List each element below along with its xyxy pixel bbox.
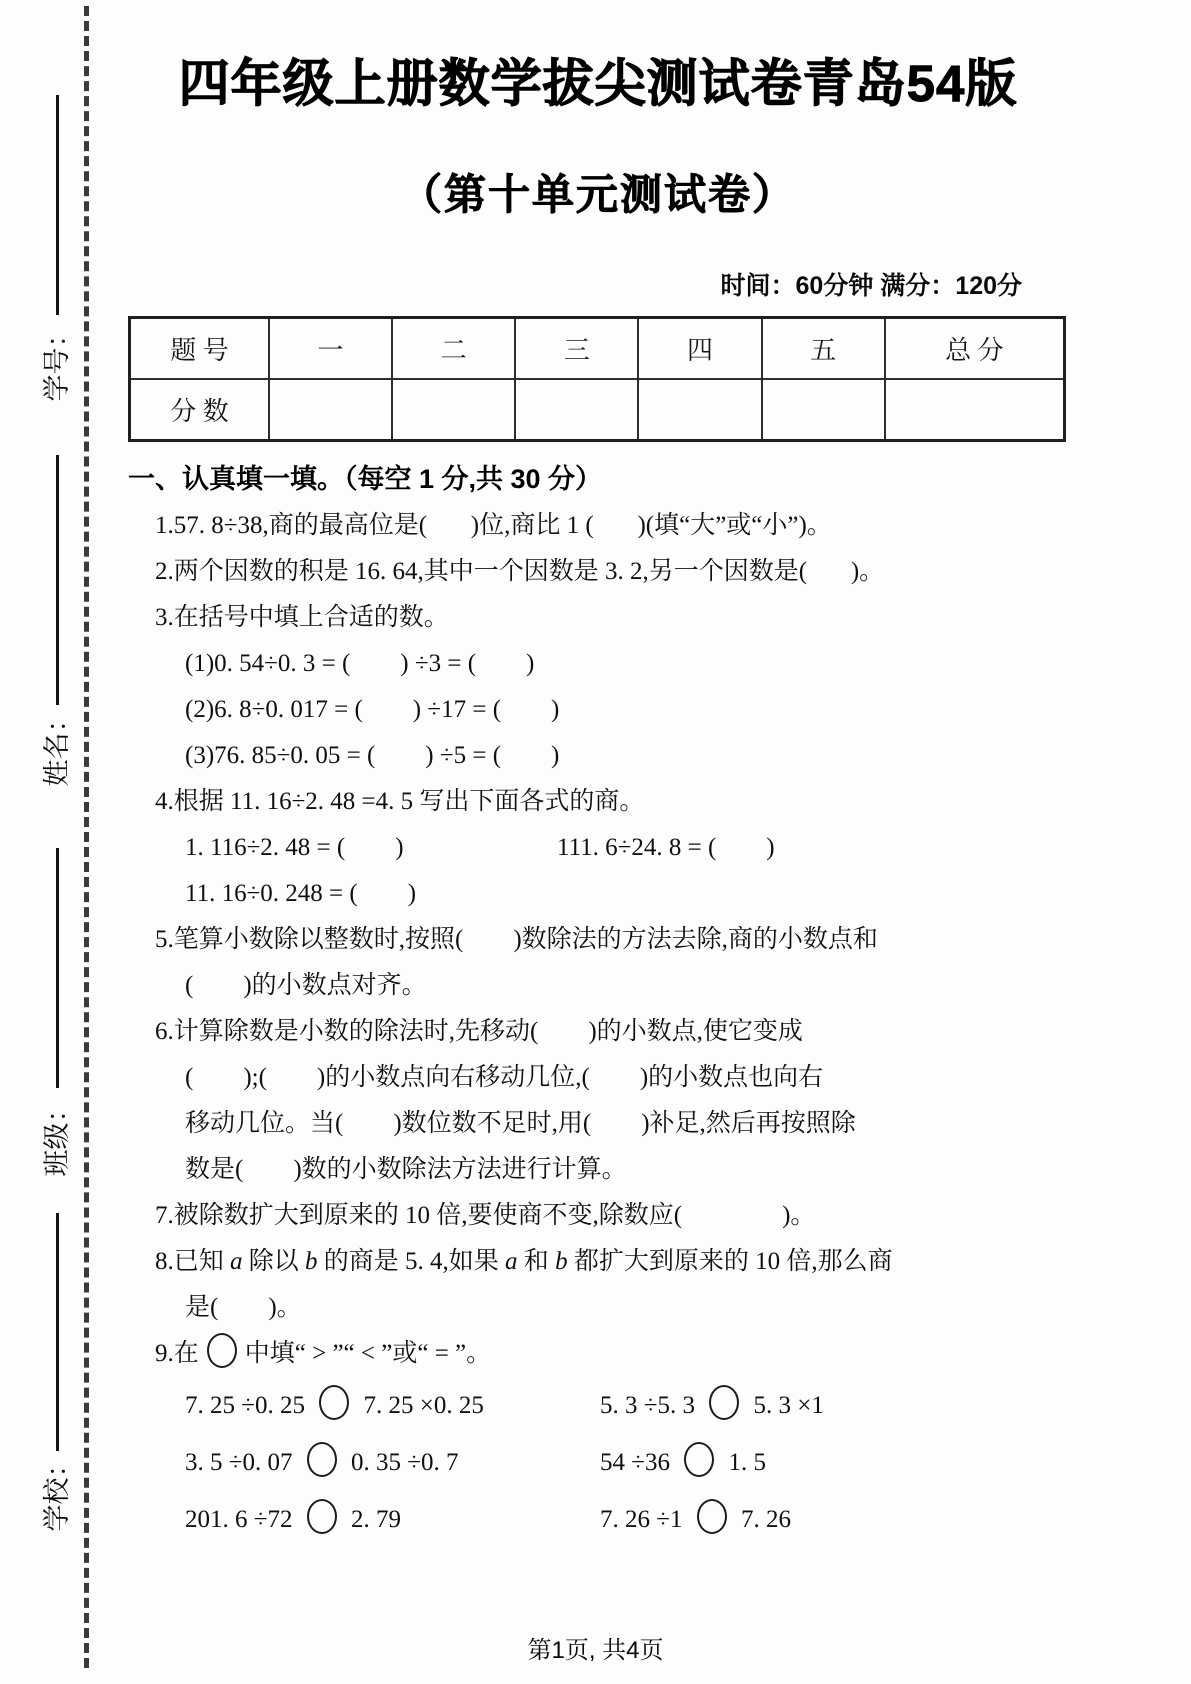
score-cell [885,379,1065,441]
question-line: 是( )。 [128,1285,1068,1331]
question-line: 3.在括号中填上合适的数。 [128,595,1068,641]
comparison-circle [697,1499,727,1534]
question-line: 移动几位。当( )数位数不足时,用( )补足,然后再按照除 [128,1101,1068,1147]
score-cell [762,379,885,441]
score-table-header-cell: 二 [392,318,515,380]
question-line: 数是( )数的小数除法方法进行计算。 [128,1147,1068,1193]
comparison-circle [207,1333,237,1368]
school-blank-line [56,1213,59,1451]
class-label: 班级： [43,1091,71,1181]
score-table-header-cell: 题 号 [130,318,269,380]
score-table-header-cell: 四 [638,318,761,380]
student-id-blank-line [56,95,59,315]
score-table-header-cell: 五 [762,318,885,380]
line-right: 111. 6÷24. 8 = ( ) [557,825,775,871]
question-line: 1.57. 8÷38,商的最高位是( )位,商比 1 ( )(填“大”或“小”)… [128,503,1068,549]
questions: 1.57. 8÷38,商的最高位是( )位,商比 1 ( )(填“大”或“小”)… [128,503,1068,1548]
score-cell [515,379,638,441]
name-label: 姓名： [43,701,71,791]
question-line: (1)0. 54÷0. 3 = ( ) ÷3 = ( ) [128,641,1068,687]
score-table-body: 题 号一二三四五总 分分 数 [130,318,1065,441]
question-line: ( )的小数点对齐。 [128,963,1068,1009]
score-table-header-cell: 一 [269,318,392,380]
line-left: 201. 6 ÷72 2. 79 [185,1491,600,1548]
question-line: 9.在中填“ > ”“ < ”或“ = ”。 [128,1331,1068,1377]
score-table-header-cell: 总 分 [885,318,1065,380]
question-line: 8.已知 a 除以 b 的商是 5. 4,如果 a 和 b 都扩大到原来的 10… [128,1239,1068,1285]
score-table-header-cell: 三 [515,318,638,380]
paper-subtitle: （第十单元测试卷） [128,162,1068,222]
comparison-circle [684,1442,714,1477]
score-cell [392,379,515,441]
school-label: 学校： [43,1446,71,1536]
question-line: 201. 6 ÷72 2. 797. 26 ÷1 7. 26 [128,1491,1068,1548]
score-cell [638,379,761,441]
question-line: 7.被除数扩大到原来的 10 倍,要使商不变,除数应( )。 [128,1193,1068,1239]
line-right: 5. 3 ÷5. 3 5. 3 ×1 [600,1377,824,1434]
student-id-label: 学号： [43,316,71,406]
question-line: 3. 5 ÷0. 07 0. 35 ÷0. 754 ÷36 1. 5 [128,1434,1068,1491]
question-line: 1. 116÷2. 48 = ( )111. 6÷24. 8 = ( ) [128,825,1068,871]
line-left: 1. 116÷2. 48 = ( ) [185,825,557,871]
line-left: 3. 5 ÷0. 07 0. 35 ÷0. 7 [185,1434,600,1491]
question-line: (2)6. 8÷0. 017 = ( ) ÷17 = ( ) [128,687,1068,733]
comparison-circle [307,1442,337,1477]
name-blank-line [56,455,59,705]
score-table: 题 号一二三四五总 分分 数 [128,316,1066,442]
question-line: 4.根据 11. 16÷2. 48 =4. 5 写出下面各式的商。 [128,779,1068,825]
score-row-label: 分 数 [130,379,269,441]
section-one-heading: 一、认真填一填。（每空 1 分,共 30 分） [128,457,1068,496]
question-line: 5.笔算小数除以整数时,按照( )数除法的方法去除,商的小数点和 [128,917,1068,963]
question-line: 2.两个因数的积是 16. 64,其中一个因数是 3. 2,另一个因数是( )。 [128,549,1068,595]
question-line: 6.计算除数是小数的除法时,先移动( )的小数点,使它变成 [128,1009,1068,1055]
class-blank-line [56,848,59,1088]
comparison-circle [307,1499,337,1534]
line-right: 7. 26 ÷1 7. 26 [600,1491,791,1548]
line-right: 54 ÷36 1. 5 [600,1434,766,1491]
question-line: ( );( )的小数点向右移动几位,( )的小数点也向右 [128,1055,1068,1101]
paper-title: 四年级上册数学拔尖测试卷青岛54版 [128,42,1068,116]
question-line: (3)76. 85÷0. 05 = ( ) ÷5 = ( ) [128,733,1068,779]
page-number: 第1页, 共4页 [0,1630,1191,1665]
score-cell [269,379,392,441]
comparison-circle [319,1385,349,1420]
test-paper-page: 学号： 姓名： 班级： 学校： 四年级上册数学拔尖测试卷青岛54版 （第十单元测… [0,0,1191,1684]
main-content: 四年级上册数学拔尖测试卷青岛54版 （第十单元测试卷） 时间：60分钟 满分：1… [128,0,1068,1548]
time-score-info: 时间：60分钟 满分：120分 [128,266,1068,302]
line-left: 7. 25 ÷0. 25 7. 25 ×0. 25 [185,1377,600,1434]
question-line: 11. 16÷0. 248 = ( ) [128,871,1068,917]
comparison-circle [709,1385,739,1420]
question-line: 7. 25 ÷0. 25 7. 25 ×0. 255. 3 ÷5. 3 5. 3… [128,1377,1068,1434]
seal-dashed-line [84,6,89,1668]
